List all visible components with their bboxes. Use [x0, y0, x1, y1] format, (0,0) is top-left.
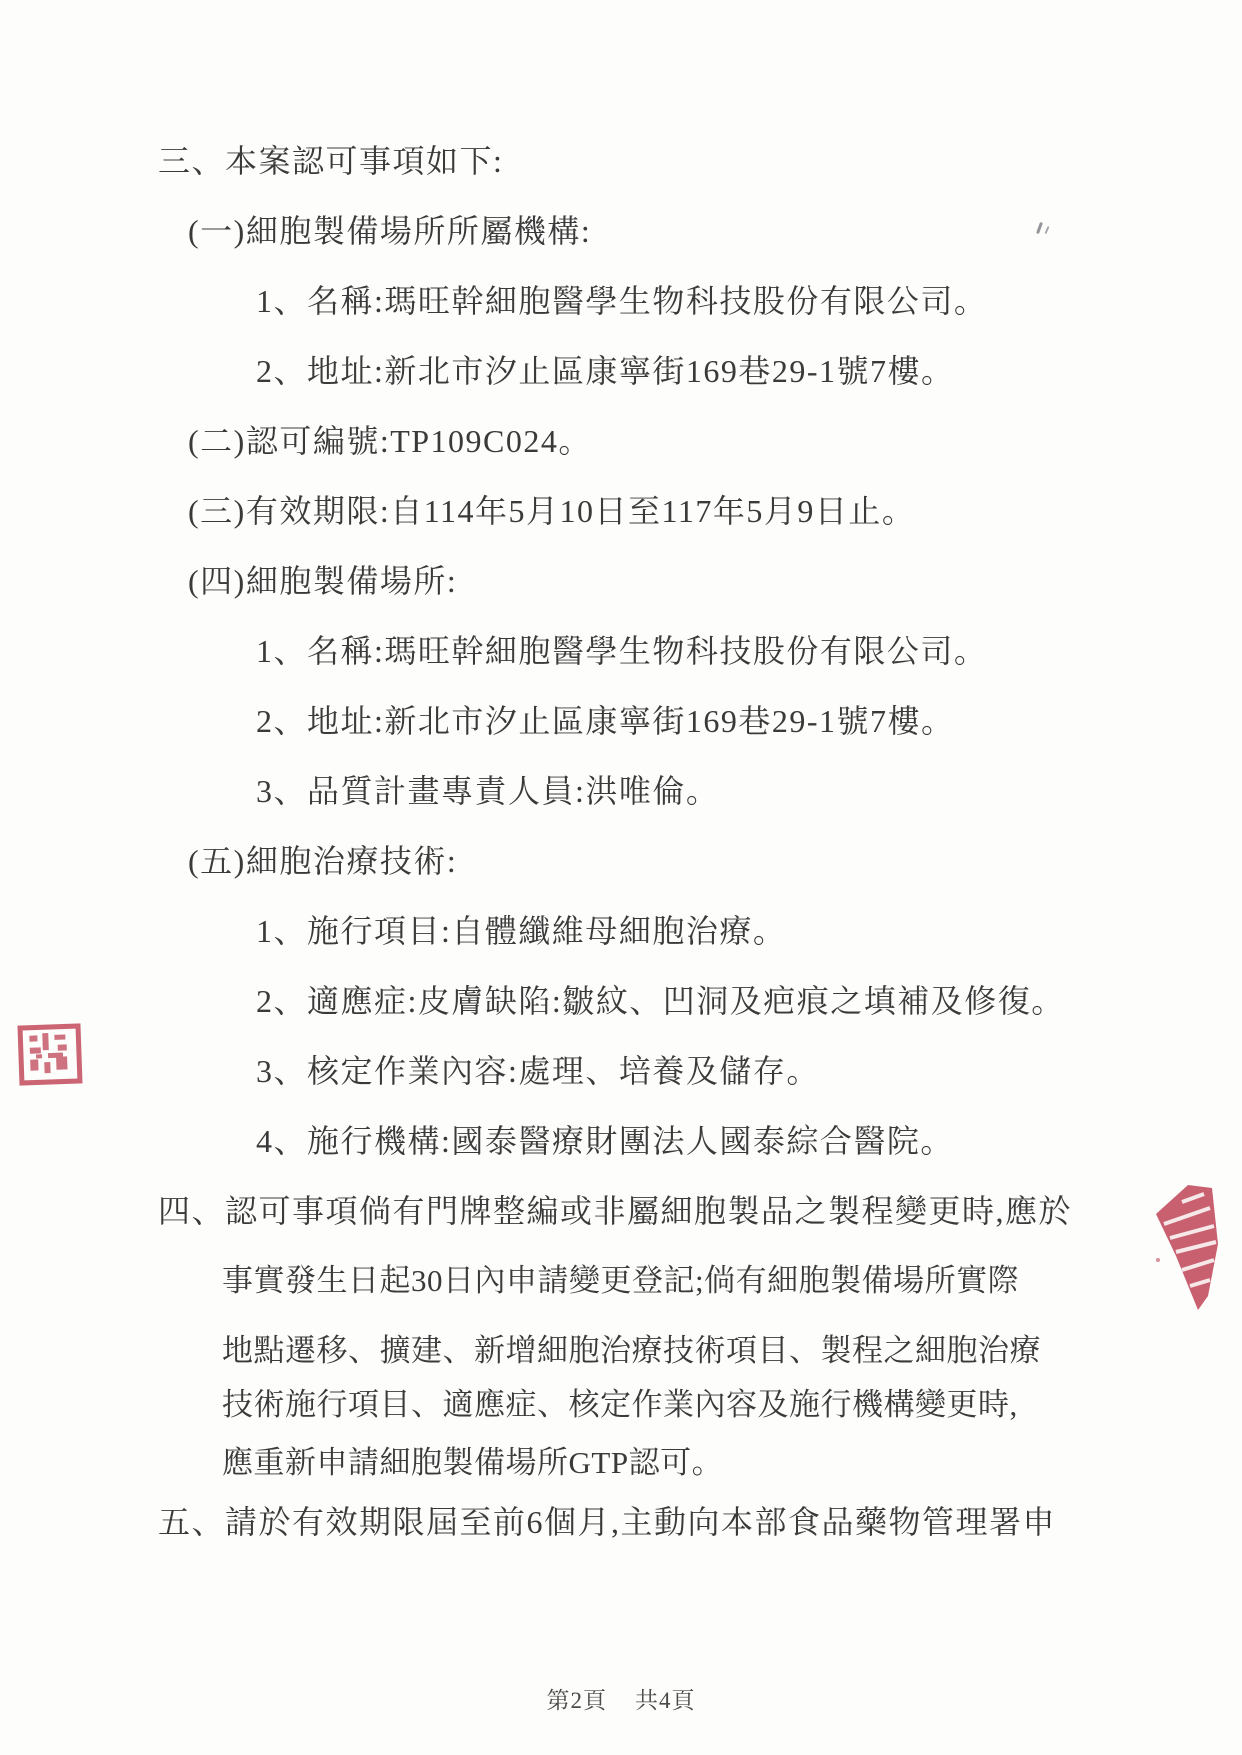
doc-line: 2、地址:新北市汐止區康寧街169巷29-1號7樓。 — [256, 352, 955, 390]
doc-line: (三)有效期限:自114年5月10日至117年5月9日止。 — [188, 492, 915, 530]
doc-line: 2、地址:新北市汐止區康寧街169巷29-1號7樓。 — [256, 702, 955, 740]
page-footer: 第2頁共4頁 — [0, 1682, 1242, 1715]
doc-line: (五)細胞治療技術: — [188, 842, 457, 880]
scan-artifact — [1044, 226, 1049, 234]
doc-line: (四)細胞製備場所: — [188, 562, 457, 600]
total-pages: 共4頁 — [635, 1688, 696, 1713]
doc-line: 技術施行項目、適應症、核定作業內容及施行機構變更時, — [222, 1386, 1018, 1423]
doc-line: 五、請於有效期限屆至前6個月,主動向本部食品藥物管理署申 — [158, 1503, 1056, 1541]
red-square-seal-icon — [17, 1023, 83, 1087]
doc-line: 事實發生日起30日內申請變更登記;倘有細胞製備場所實際 — [222, 1262, 1019, 1299]
doc-line: 三、本案認可事項如下: — [158, 142, 503, 180]
doc-line: 2、適應症:皮膚缺陷:皺紋、凹洞及疤痕之填補及修復。 — [256, 982, 1065, 1020]
doc-line: 4、施行機構:國泰醫療財團法人國泰綜合醫院。 — [256, 1122, 954, 1160]
doc-line: 應重新申請細胞製備場所GTP認可。 — [222, 1444, 723, 1481]
doc-line: 3、核定作業內容:處理、培養及儲存。 — [256, 1052, 820, 1090]
doc-line: 1、施行項目:自體纖維母細胞治療。 — [256, 912, 786, 950]
document-page: 三、本案認可事項如下: (一)細胞製備場所所屬機構: 1、名稱:瑪旺幹細胞醫學生… — [0, 0, 1242, 1755]
doc-line: 四、認可事項倘有門牌整編或非屬細胞製品之製程變更時,應於 — [158, 1192, 1072, 1230]
doc-line: (一)細胞製備場所所屬機構: — [188, 212, 591, 250]
red-seal-fragment-icon — [1152, 1182, 1224, 1314]
doc-line: 地點遷移、擴建、新增細胞治療技術項目、製程之細胞治療 — [222, 1332, 1041, 1369]
doc-line: 1、名稱:瑪旺幹細胞醫學生物科技股份有限公司。 — [256, 632, 987, 670]
scan-artifact — [1036, 222, 1043, 234]
page-number: 第2頁 — [547, 1688, 608, 1713]
doc-line: (二)認可編號:TP109C024。 — [188, 422, 592, 460]
doc-line: 3、品質計畫專責人員:洪唯倫。 — [256, 772, 719, 810]
doc-line: 1、名稱:瑪旺幹細胞醫學生物科技股份有限公司。 — [256, 282, 987, 320]
